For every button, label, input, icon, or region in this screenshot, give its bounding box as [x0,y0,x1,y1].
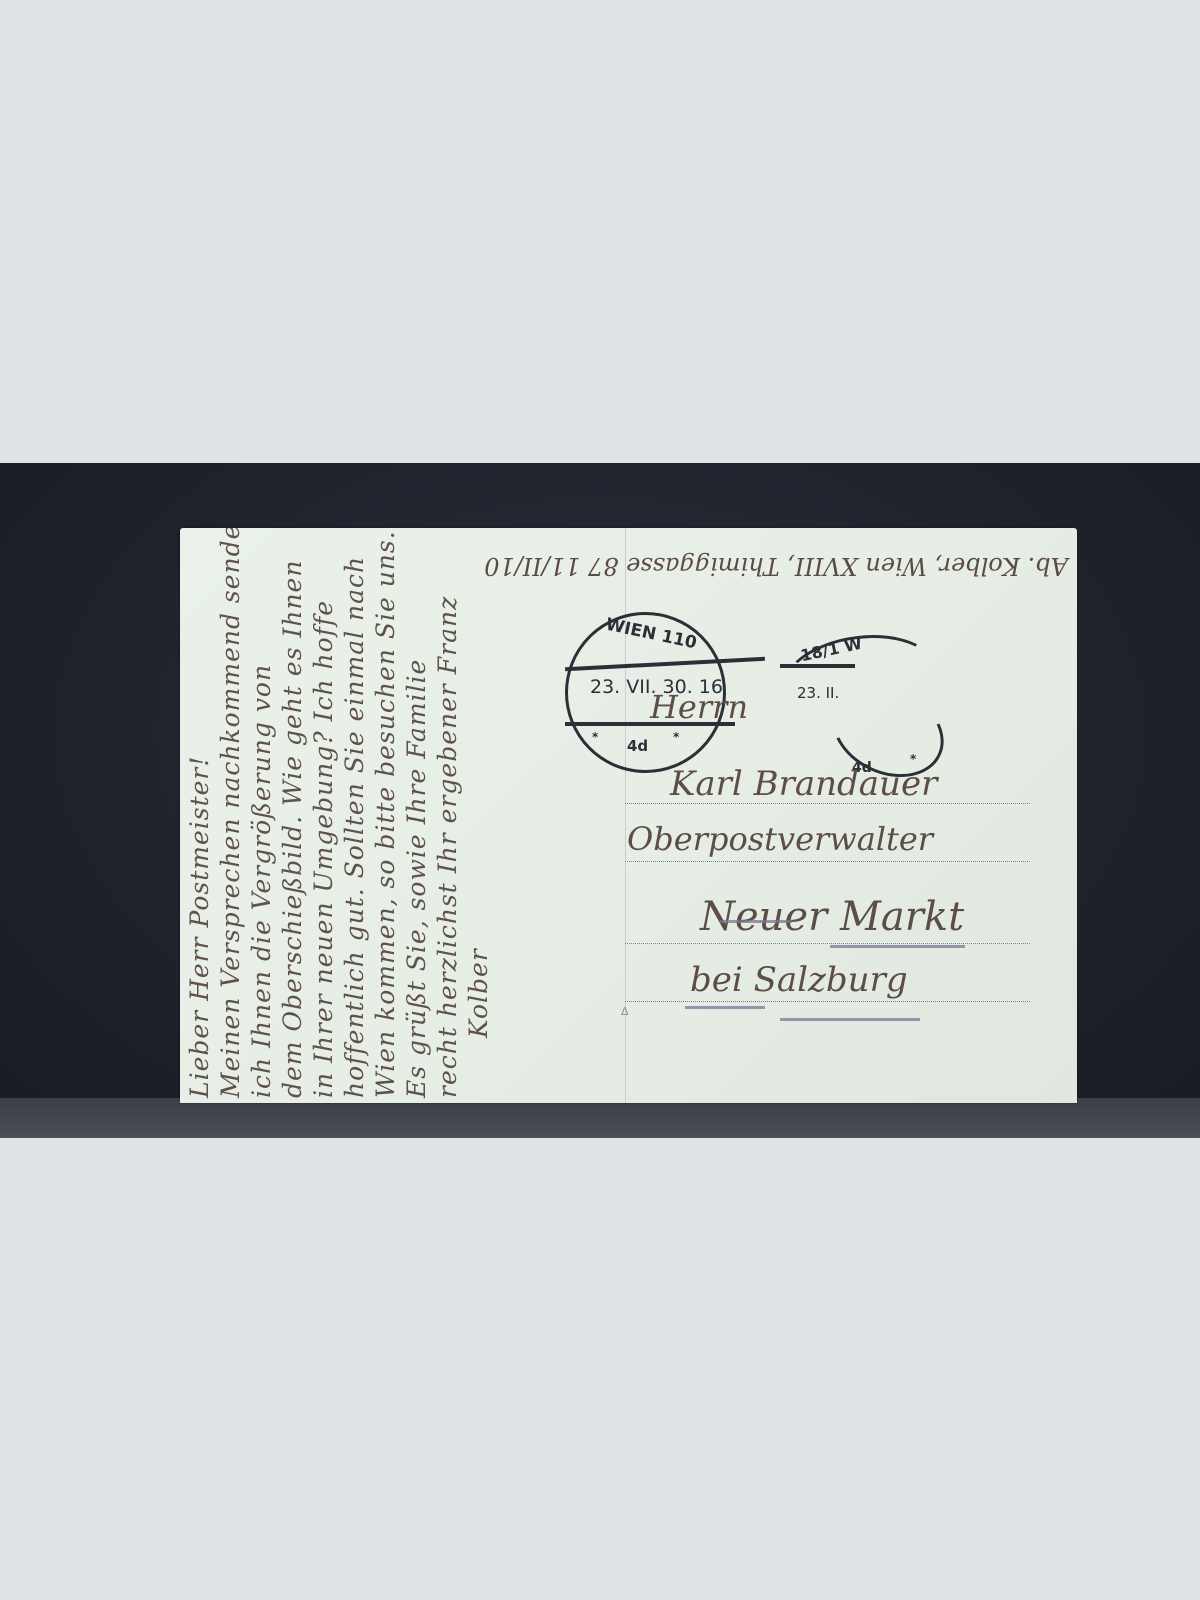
message-line: Meinen Versprechen nachkommend sende [215,558,246,1098]
message-line: recht herzlichst Ihr ergebener Franz [432,558,463,1098]
message-line: hoffentlich gut. Sollten Sie einmal nach [339,558,370,1098]
address-title: Oberpostverwalter [627,820,933,858]
region-underline [685,1006,765,1009]
message-signature: Kolber [463,558,494,1098]
message-line: ich Ihnen die Vergrößerung von [246,558,277,1098]
address-line-4 [625,1001,1030,1002]
message-line: Wien kommen, so bitte besuchen Sie uns. [370,558,401,1098]
town-underline [830,945,965,948]
sender-note-upside-down: Ab. Kolber, Wien XVIII, Thimiggasse 87 1… [598,532,1068,580]
handwritten-message: Lieber Herr Postmeister! Meinen Versprec… [184,558,624,1098]
address-name: Karl Brandauer [670,764,937,804]
message-line: dem Oberschießbild. Wie geht es Ihnen [277,558,308,1098]
star-icon: * [592,730,598,744]
message-line: in Ihrer neuen Umgebung? Ich hoffe [308,558,339,1098]
postmark-date: 23. II. [797,684,839,702]
address-town: Neuer Markt [700,894,964,940]
message-line: Lieber Herr Postmeister! [184,558,215,1098]
address-line-2 [625,861,1030,862]
shelf-edge [0,1098,1200,1138]
strike-mark [720,920,792,923]
address-region: bei Salzburg [690,960,908,1000]
triangle-mark: Δ [621,1005,629,1018]
postmark-code: 4d [627,737,648,755]
address-line-3 [625,943,1030,944]
star-icon: * [673,730,679,744]
message-line: Es grüßt Sie, sowie Ihre Familie [401,558,432,1098]
postcard-back: Ab. Kolber, Wien XVIII, Thimiggasse 87 1… [180,528,1077,1103]
postmark-bar [780,664,855,668]
address-salutation: Herrn [650,688,748,726]
region-underline [780,1018,920,1021]
